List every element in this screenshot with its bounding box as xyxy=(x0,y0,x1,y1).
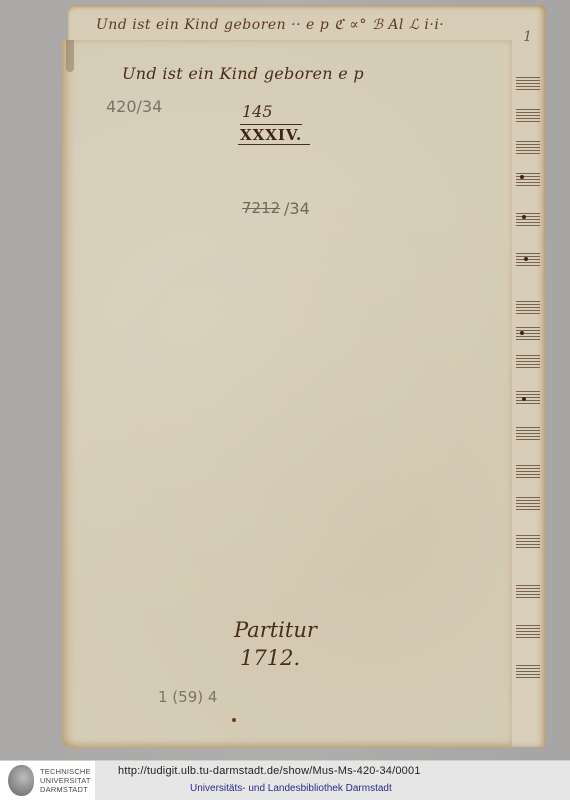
page-number: 1 xyxy=(523,29,532,45)
cover-sheet: Und ist ein Kind geboren e p 420/34 145 … xyxy=(62,40,512,748)
library-link[interactable]: Universitäts- und Landesbibliothek Darms… xyxy=(190,783,392,794)
tu-darmstadt-logo[interactable]: TECHNISCHE UNIVERSITAT DARMSTADT xyxy=(0,761,95,800)
year-label: 1712. xyxy=(240,646,300,670)
viewer-footer: TECHNISCHE UNIVERSITAT DARMSTADT http://… xyxy=(0,760,570,800)
logo-text: TECHNISCHE UNIVERSITAT DARMSTADT xyxy=(40,767,91,794)
manuscript-scan: Und ist ein Kind geboren ·· e p ℭ ∝° ℬ A… xyxy=(0,0,570,760)
partitur-label: Partitur xyxy=(234,618,317,642)
crossed-out-number: 7212 xyxy=(242,199,280,217)
back-sheet-title: Und ist ein Kind geboren ·· e p ℭ ∝° ℬ A… xyxy=(96,17,444,33)
catalog-number: 145 xyxy=(242,102,273,121)
roman-numeral: XXXIV. xyxy=(240,124,302,144)
crossed-number-suffix: /34 xyxy=(284,199,310,218)
pencil-shelfmark: 420/34 xyxy=(106,97,162,116)
permalink-url[interactable]: http://tudigit.ulb.tu-darmstadt.de/show/… xyxy=(118,765,421,777)
athena-head-icon xyxy=(8,765,34,796)
pencil-note: 1 (59) 4 xyxy=(158,688,217,706)
handwritten-title: Und ist ein Kind geboren e p xyxy=(122,64,364,83)
visible-score-edge xyxy=(512,65,542,745)
sheet-notch xyxy=(66,40,74,72)
ink-spot xyxy=(232,718,236,722)
roman-underline xyxy=(238,144,310,145)
